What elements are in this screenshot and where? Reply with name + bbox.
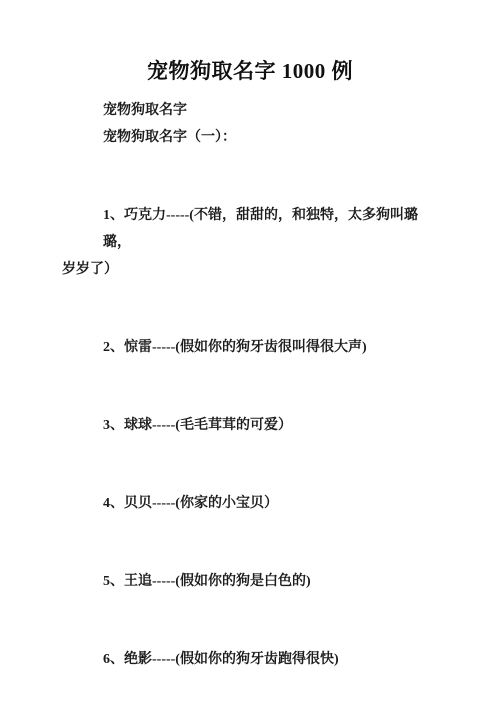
document-page: 宠物狗取名字 1000 例 宠物狗取名字 宠物狗取名字（一）： 1、巧克力---… <box>0 0 500 707</box>
list-item-4: 4、贝贝-----(你家的小宝贝） <box>62 490 438 517</box>
section-heading-text: 宠物狗取名字（一）： <box>62 124 438 151</box>
section-heading: 宠物狗取名字（一）： <box>62 124 438 151</box>
list-item-line: 2、惊雷-----(假如你的狗牙齿很叫得很大声) <box>62 334 438 361</box>
list-item-3: 3、球球-----(毛毛茸茸的可爱） <box>62 412 438 439</box>
list-item-line: 5、王追-----(假如你的狗是白色的) <box>62 568 438 595</box>
list-item-line: 1、巧克力-----(不错，甜甜的，和独特，太多狗叫璐璐， <box>62 202 438 256</box>
subtitle-line: 宠物狗取名字 <box>62 97 438 124</box>
list-item-6: 6、绝影-----(假如你的狗牙齿跑得很快) <box>62 646 438 673</box>
document-title: 宠物狗取名字 1000 例 <box>0 55 500 88</box>
list-item-line: 3、球球-----(毛毛茸茸的可爱） <box>62 412 438 439</box>
document-body: 宠物狗取名字 宠物狗取名字（一）： 1、巧克力-----(不错，甜甜的，和独特，… <box>0 97 500 673</box>
list-item-line: 4、贝贝-----(你家的小宝贝） <box>62 490 438 517</box>
list-item-1: 1、巧克力-----(不错，甜甜的，和独特，太多狗叫璐璐， 岁岁了） <box>62 202 438 283</box>
list-item-5: 5、王追-----(假如你的狗是白色的) <box>62 568 438 595</box>
list-item-line: 岁岁了） <box>62 256 438 283</box>
list-item-line: 6、绝影-----(假如你的狗牙齿跑得很快) <box>62 646 438 673</box>
subtitle-text: 宠物狗取名字 <box>62 97 438 124</box>
list-item-2: 2、惊雷-----(假如你的狗牙齿很叫得很大声) <box>62 334 438 361</box>
